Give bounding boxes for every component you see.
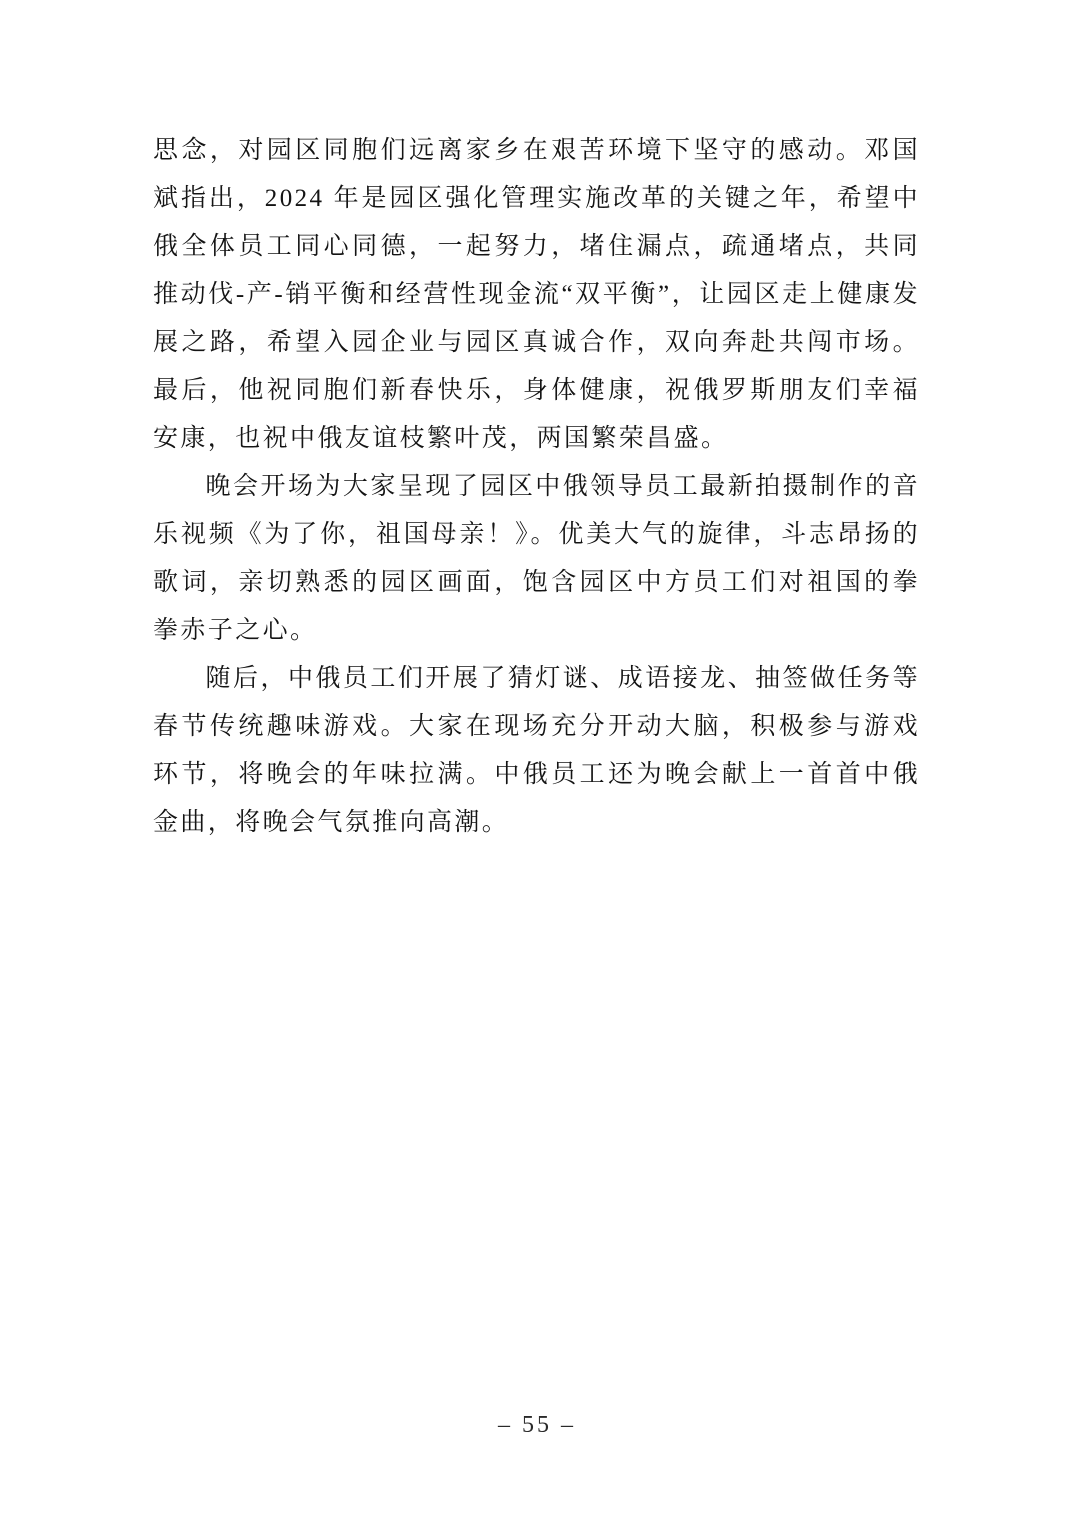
page-body-text: 思念，对园区同胞们远离家乡在艰苦环境下坚守的感动。邓国斌指出，2024 年是园区… xyxy=(153,127,920,847)
page-number: – 55 – xyxy=(0,1410,1074,1440)
document-page: 思念，对园区同胞们远离家乡在艰苦环境下坚守的感动。邓国斌指出，2024 年是园区… xyxy=(0,0,1074,1520)
paragraph-video-opening: 晚会开场为大家呈现了园区中俄领导员工最新拍摄制作的音乐视频《为了你，祖国母亲！》… xyxy=(153,463,920,655)
paragraph-games-finale: 随后，中俄员工们开展了猜灯谜、成语接龙、抽签做任务等春节传统趣味游戏。大家在现场… xyxy=(153,655,920,847)
paragraph-continuation: 思念，对园区同胞们远离家乡在艰苦环境下坚守的感动。邓国斌指出，2024 年是园区… xyxy=(153,127,920,463)
